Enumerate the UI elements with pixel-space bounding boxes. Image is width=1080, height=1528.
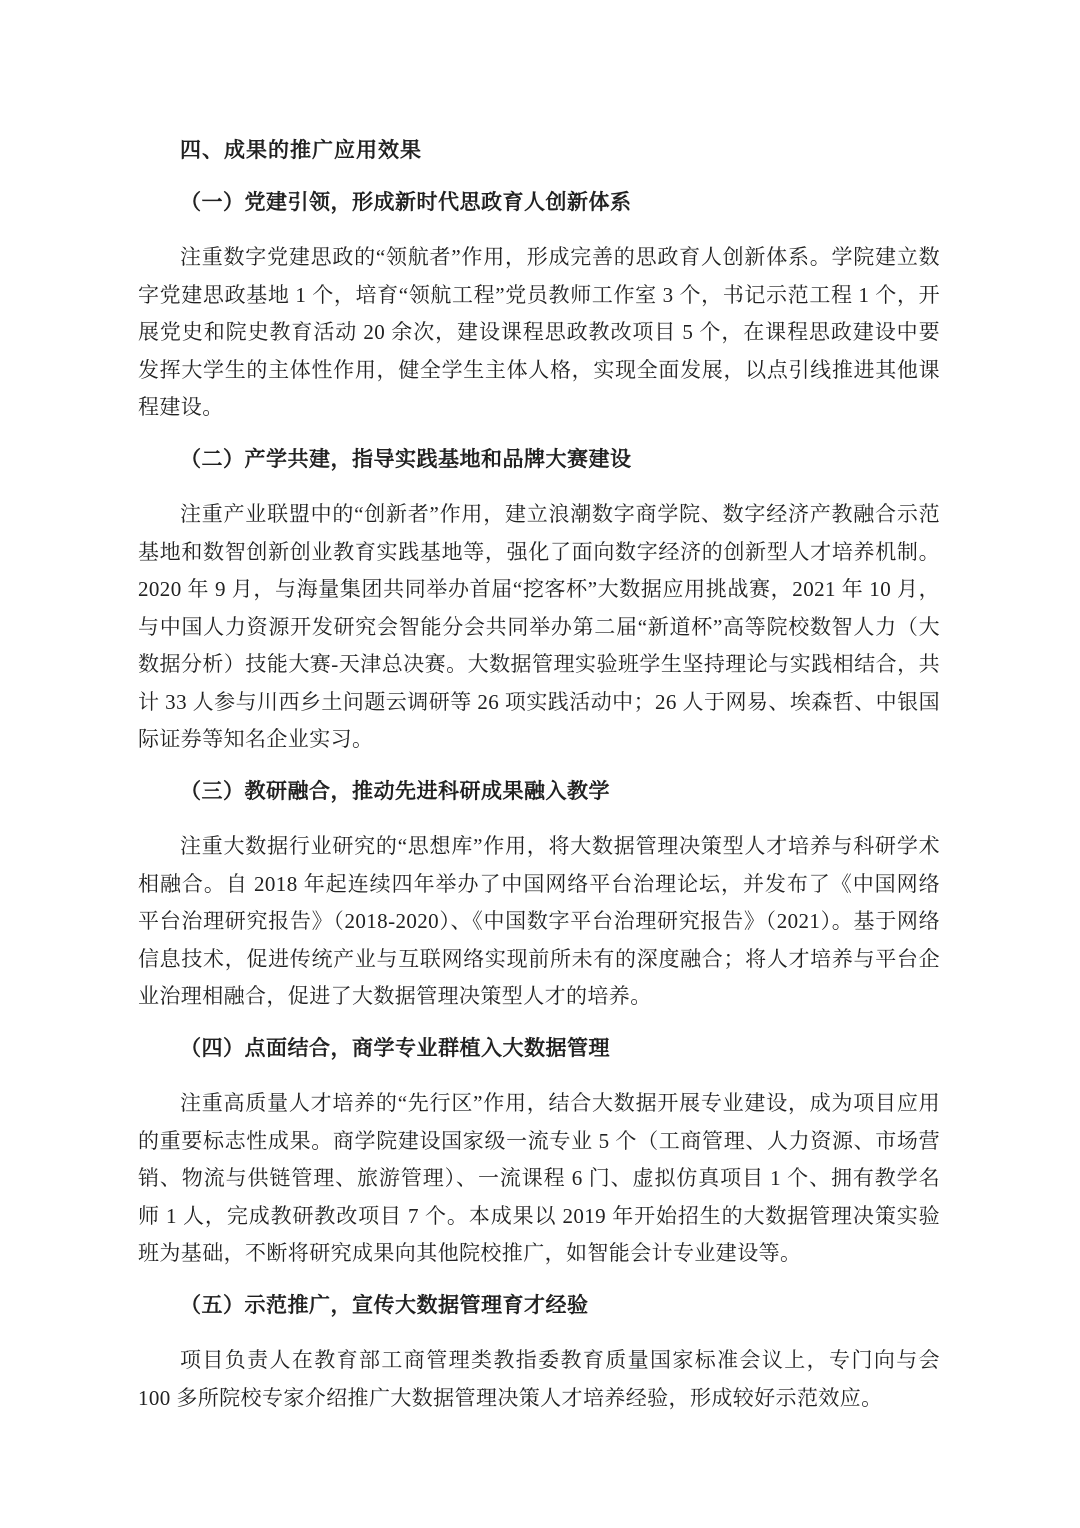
subsection-5-heading: （五）示范推广，宣传大数据管理育才经验 (138, 1287, 940, 1325)
subsection-3-heading: （三）教研融合，推动先进科研成果融入教学 (138, 773, 940, 811)
section-title: 四、成果的推广应用效果 (138, 132, 940, 170)
subsection-4-paragraph: 注重高质量人才培养的“先行区”作用，结合大数据开展专业建设，成为项目应用的重要标… (138, 1085, 940, 1273)
subsection-4: （四）点面结合，商学专业群植入大数据管理 注重高质量人才培养的“先行区”作用，结… (138, 1030, 940, 1273)
subsection-2-paragraph: 注重产业联盟中的“创新者”作用，建立浪潮数字商学院、数字经济产教融合示范基地和数… (138, 496, 940, 759)
subsection-5-paragraph: 项目负责人在教育部工商管理类教指委教育质量国家标准会议上，专门向与会 100 多… (138, 1342, 940, 1417)
subsection-2: （二）产学共建，指导实践基地和品牌大赛建设 注重产业联盟中的“创新者”作用，建立… (138, 441, 940, 759)
subsection-4-heading: （四）点面结合，商学专业群植入大数据管理 (138, 1030, 940, 1068)
subsection-3-paragraph: 注重大数据行业研究的“思想库”作用，将大数据管理决策型人才培养与科研学术相融合。… (138, 828, 940, 1016)
subsection-1-heading: （一）党建引领，形成新时代思政育人创新体系 (138, 184, 940, 222)
subsection-5: （五）示范推广，宣传大数据管理育才经验 项目负责人在教育部工商管理类教指委教育质… (138, 1287, 940, 1418)
subsection-1: （一）党建引领，形成新时代思政育人创新体系 注重数字党建思政的“领航者”作用，形… (138, 184, 940, 427)
document-page: 四、成果的推广应用效果 （一）党建引领，形成新时代思政育人创新体系 注重数字党建… (0, 0, 1080, 1528)
subsection-1-paragraph: 注重数字党建思政的“领航者”作用，形成完善的思政育人创新体系。学院建立数字党建思… (138, 239, 940, 427)
subsection-2-heading: （二）产学共建，指导实践基地和品牌大赛建设 (138, 441, 940, 479)
subsection-3: （三）教研融合，推动先进科研成果融入教学 注重大数据行业研究的“思想库”作用，将… (138, 773, 940, 1016)
